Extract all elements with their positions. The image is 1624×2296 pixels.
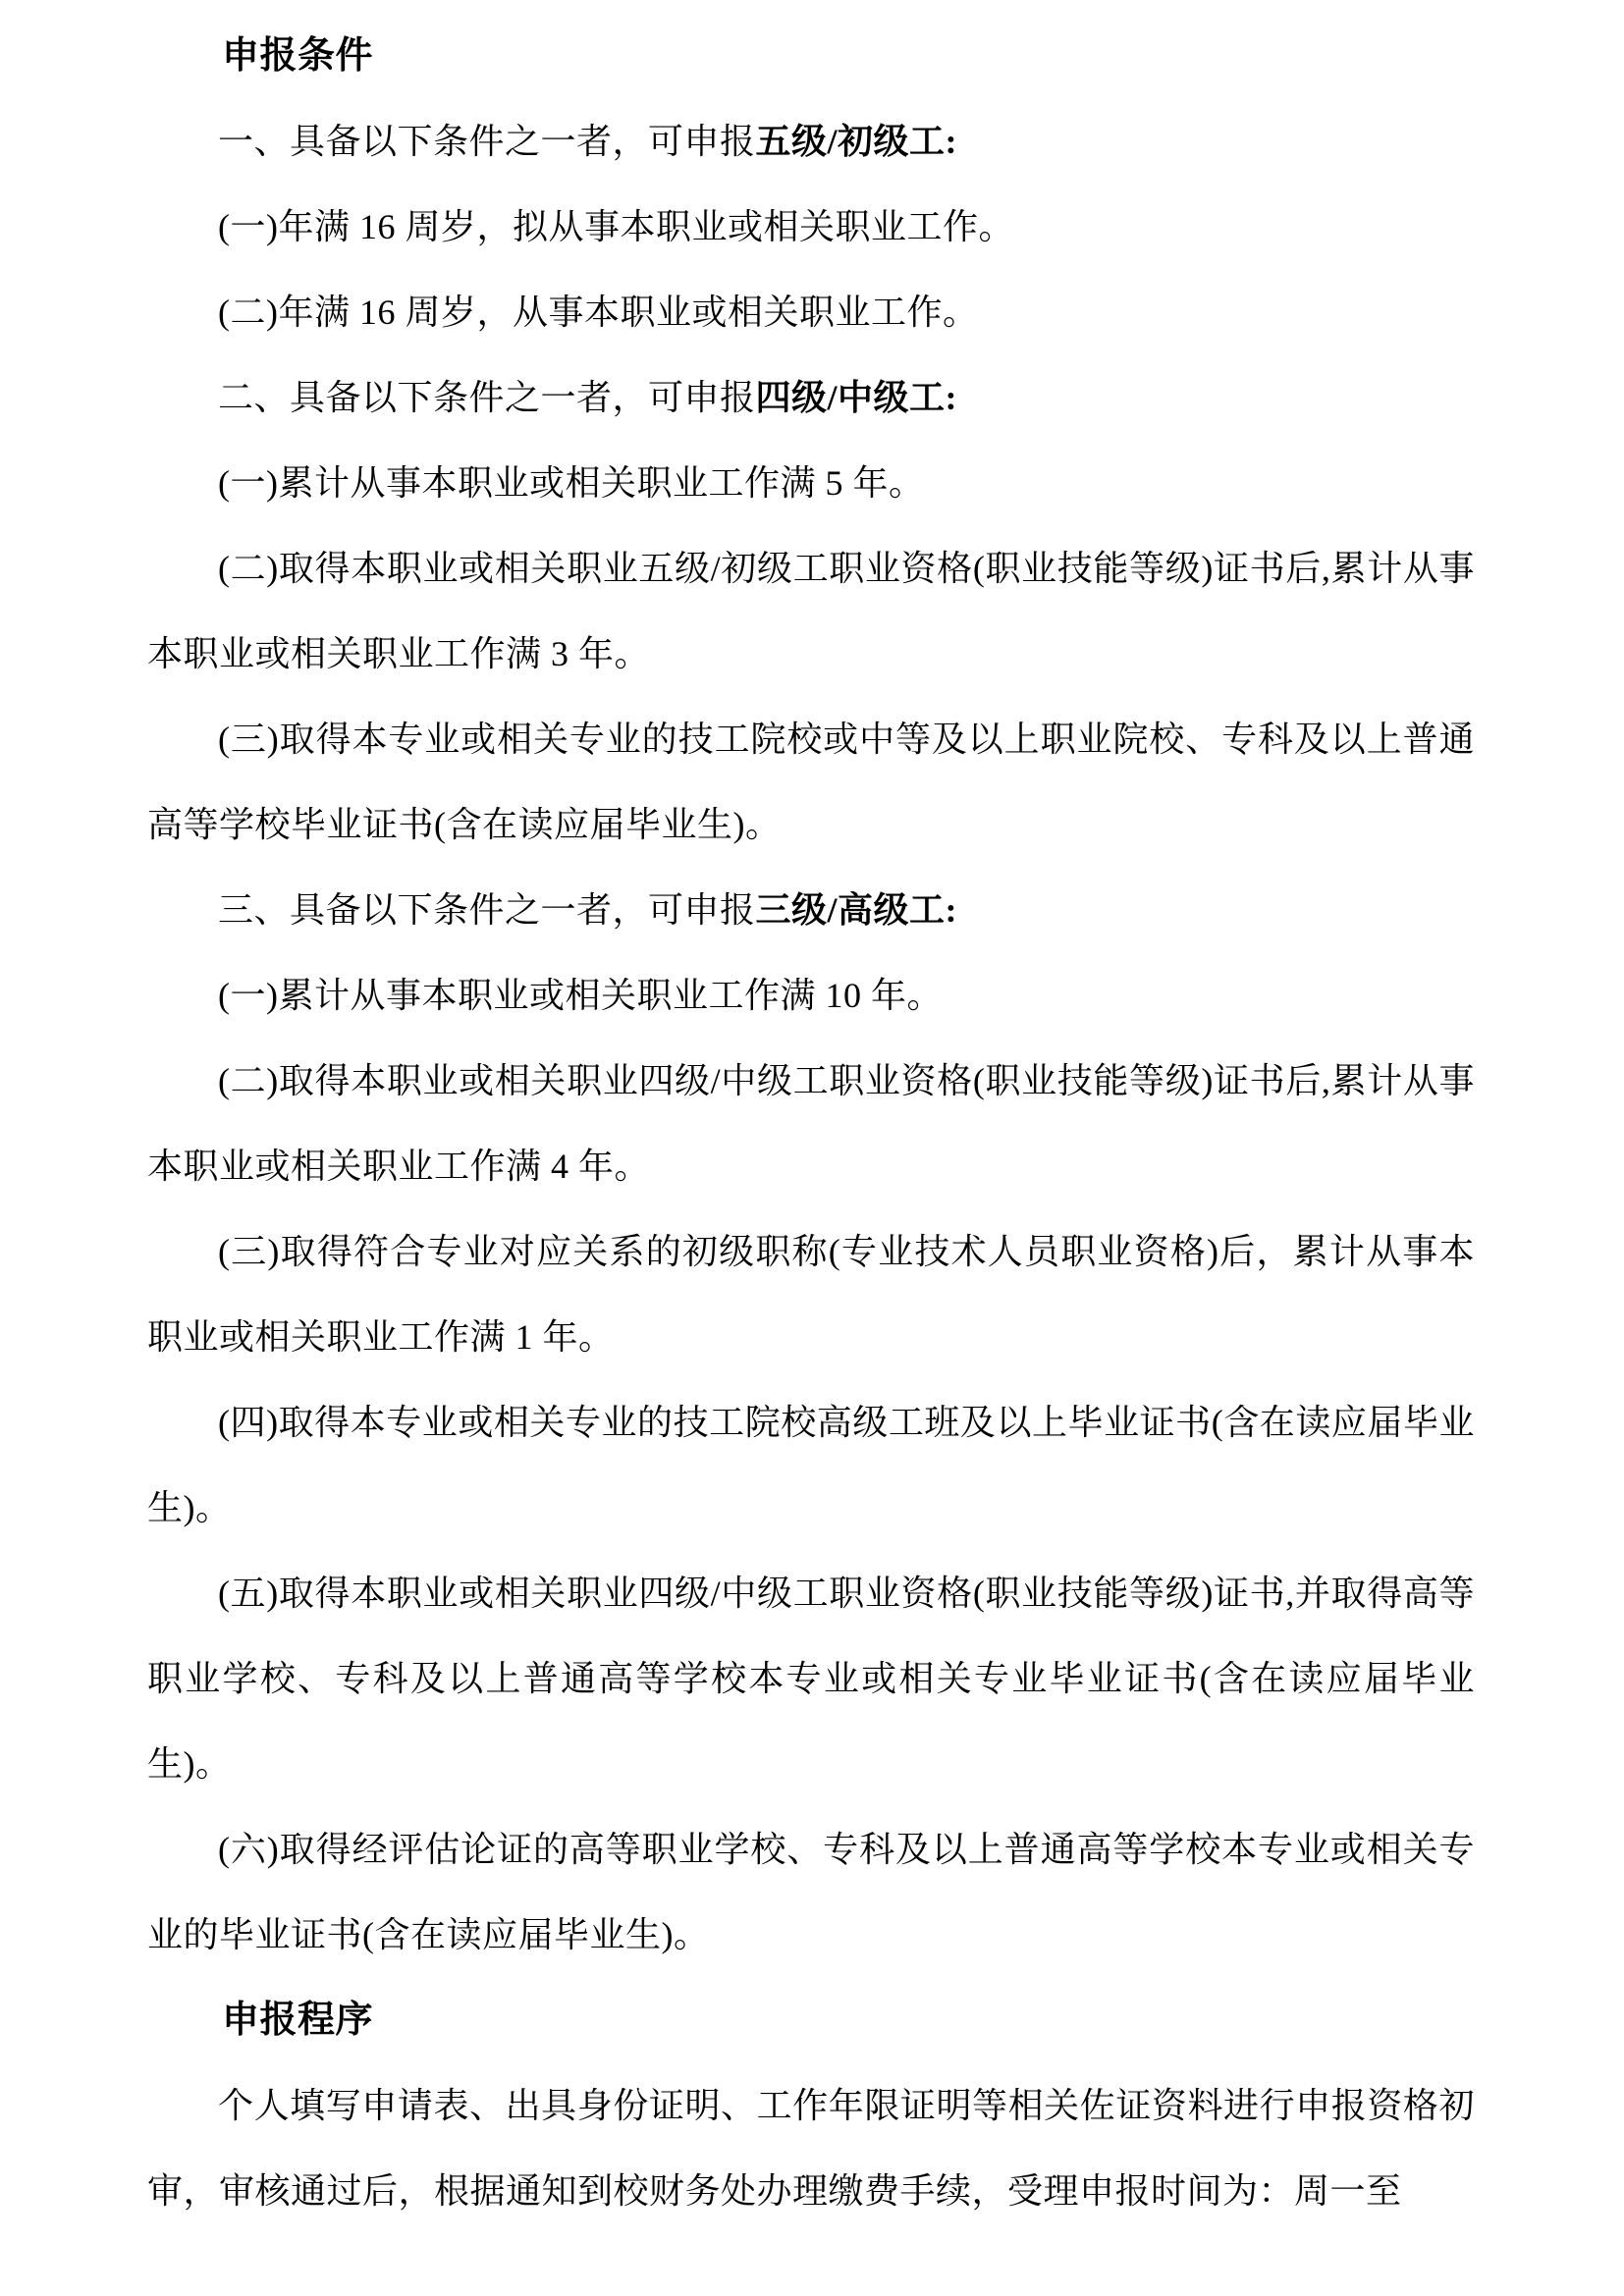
bold-text-run: 申报程序	[222, 2000, 373, 2041]
paragraph: (一)年满 16 周岁，拟从事本职业或相关职业工作。	[147, 185, 1475, 270]
paragraph: (五)取得本职业或相关职业四级/中级工职业资格(职业技能等级)证书,并取得高等职…	[147, 1551, 1475, 1807]
text-run: (六)取得经评估论证的高等职业学校、专科及以上普通高等学校本专业或相关专业的毕业…	[147, 1830, 1475, 1954]
section-heading: 申报条件	[147, 14, 1475, 99]
text-run: (一)累计从事本职业或相关职业工作满 5 年。	[218, 463, 924, 503]
paragraph: (三)取得符合专业对应关系的初级职称(专业技术人员职业资格)后，累计从事本职业或…	[147, 1209, 1475, 1380]
text-run: 三、具备以下条件之一者，可申报	[218, 890, 756, 930]
paragraph: (三)取得本专业或相关专业的技工院校或中等及以上职业院校、专科及以上普通高等学校…	[147, 697, 1475, 868]
paragraph: (二)取得本职业或相关职业四级/中级工职业资格(职业技能等级)证书后,累计从事本…	[147, 1039, 1475, 1209]
text-run: 二、具备以下条件之一者，可申报	[218, 378, 756, 417]
paragraph: (二)年满 16 周岁，从事本职业或相关职业工作。	[147, 270, 1475, 355]
section-heading: 申报程序	[147, 1978, 1475, 2063]
text-run: 一、具备以下条件之一者，可申报	[218, 122, 756, 161]
text-run: (一)累计从事本职业或相关职业工作满 10 年。	[218, 976, 943, 1015]
bold-text-run: 五级/初级工	[756, 122, 946, 161]
text-run: (二)取得本职业或相关职业四级/中级工职业资格(职业技能等级)证书后,累计从事本…	[147, 1061, 1475, 1186]
paragraph: (一)累计从事本职业或相关职业工作满 5 年。	[147, 441, 1475, 526]
text-run: (二)年满 16 周岁，从事本职业或相关职业工作。	[218, 293, 978, 332]
text-run: 个人填写申请表、出具身份证明、工作年限证明等相关佐证资料进行申报资格初审，审核通…	[147, 2086, 1475, 2211]
paragraph: (四)取得本专业或相关专业的技工院校高级工班及以上毕业证书(含在读应届毕业生)。	[147, 1380, 1475, 1551]
bold-text-run: :	[946, 890, 958, 930]
bold-text-run: :	[946, 378, 958, 417]
paragraph: (六)取得经评估论证的高等职业学校、专科及以上普通高等学校本专业或相关专业的毕业…	[147, 1807, 1475, 1978]
bold-text-run: 四级/中级工	[756, 378, 946, 417]
bold-text-run: :	[946, 122, 958, 161]
paragraph: 一、具备以下条件之一者，可申报五级/初级工:	[147, 99, 1475, 185]
text-run: (五)取得本职业或相关职业四级/中级工职业资格(职业技能等级)证书,并取得高等职…	[147, 1574, 1475, 1784]
text-run: (二)取得本职业或相关职业五级/初级工职业资格(职业技能等级)证书后,累计从事本…	[147, 549, 1475, 673]
text-run: (四)取得本专业或相关专业的技工院校高级工班及以上毕业证书(含在读应届毕业生)。	[147, 1403, 1475, 1527]
paragraph: 个人填写申请表、出具身份证明、工作年限证明等相关佐证资料进行申报资格初审，审核通…	[147, 2063, 1475, 2234]
bold-text-run: 申报条件	[222, 35, 373, 77]
bold-text-run: 三级/高级工	[756, 890, 946, 930]
text-run: (三)取得本专业或相关专业的技工院校或中等及以上职业院校、专科及以上普通高等学校…	[147, 720, 1475, 844]
text-run: (三)取得符合专业对应关系的初级职称(专业技术人员职业资格)后，累计从事本职业或…	[147, 1232, 1475, 1357]
paragraph: 三、具备以下条件之一者，可申报三级/高级工:	[147, 868, 1475, 953]
document-page: 申报条件一、具备以下条件之一者，可申报五级/初级工:(一)年满 16 周岁，拟从…	[0, 0, 1624, 2296]
paragraph: 二、具备以下条件之一者，可申报四级/中级工:	[147, 355, 1475, 441]
paragraph: (二)取得本职业或相关职业五级/初级工职业资格(职业技能等级)证书后,累计从事本…	[147, 526, 1475, 697]
text-run: (一)年满 16 周岁，拟从事本职业或相关职业工作。	[218, 207, 1014, 246]
paragraph: (一)累计从事本职业或相关职业工作满 10 年。	[147, 953, 1475, 1039]
